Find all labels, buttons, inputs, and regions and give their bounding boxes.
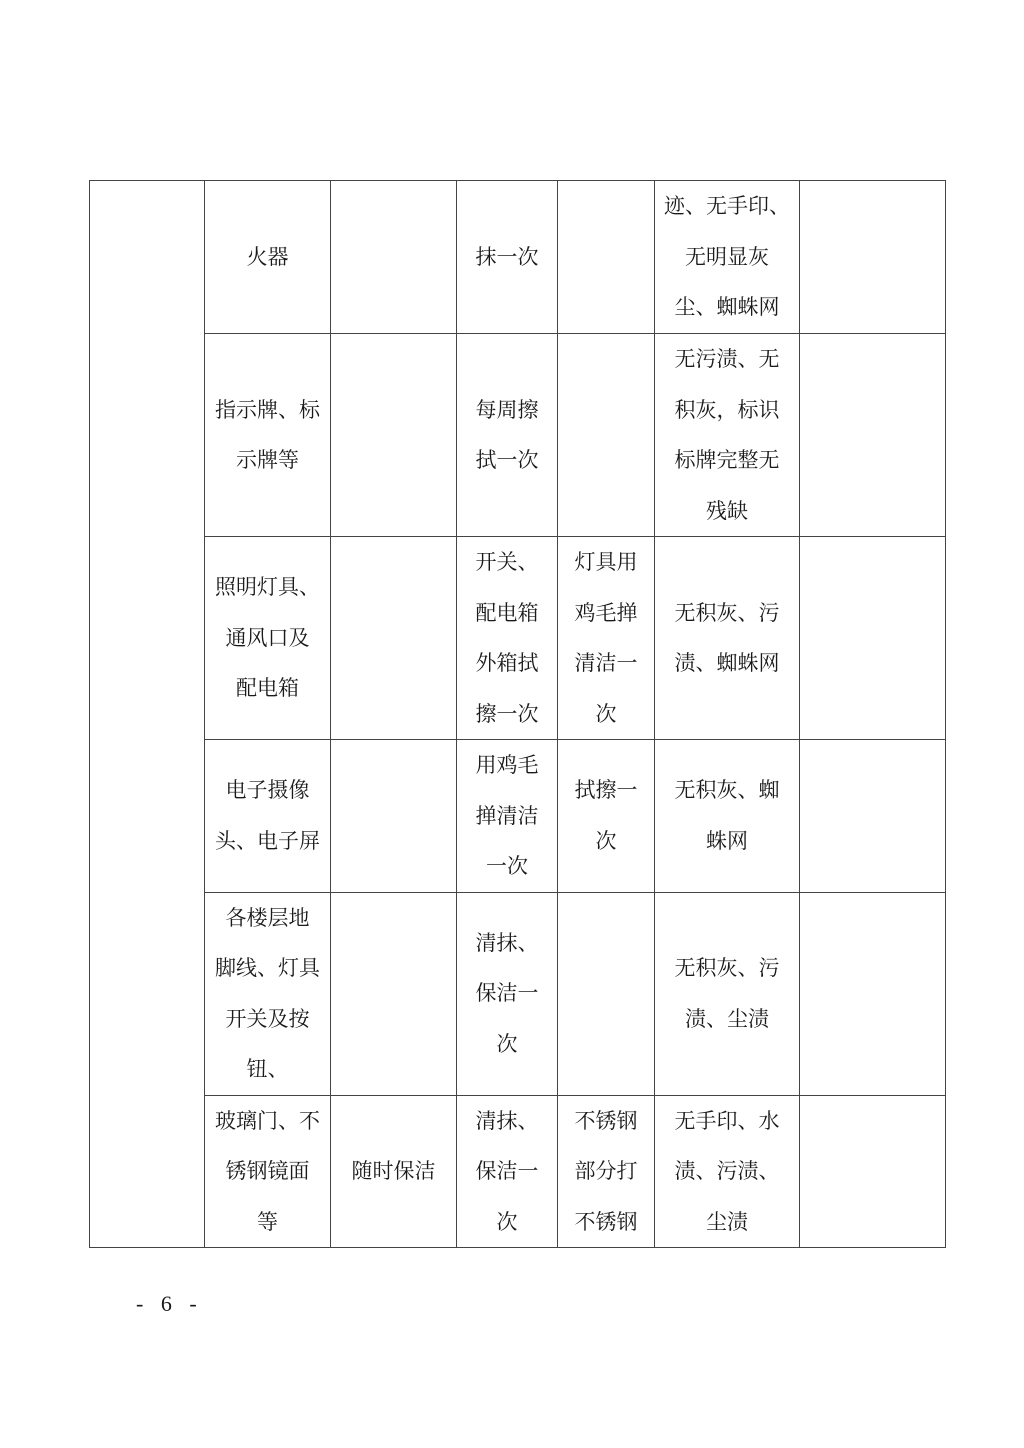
- extra-cell: 不锈钢 部分打 不锈钢: [558, 1095, 655, 1248]
- frequency-cell: [331, 740, 457, 893]
- method-cell: 清抹、 保洁一 次: [457, 1095, 558, 1248]
- page-number: - 6 -: [136, 1291, 203, 1317]
- item-cell: 火器: [205, 181, 331, 334]
- table-row: 玻璃门、不 锈钢镜面 等 随时保洁 清抹、 保洁一 次 不锈钢 部分打 不锈钢 …: [90, 1095, 946, 1248]
- table-row: 电子摄像 头、电子屏 用鸡毛 掸清洁 一次 拭擦一 次 无积灰、蜘 蛛网: [90, 740, 946, 893]
- method-cell: 开关、 配电箱 外箱拭 擦一次: [457, 537, 558, 740]
- standard-cell: 无积灰、污 渍、尘渍: [655, 892, 800, 1095]
- method-cell: 每周擦 拭一次: [457, 334, 558, 537]
- method-cell: 抹一次: [457, 181, 558, 334]
- category-cell: [90, 181, 205, 1248]
- frequency-cell: [331, 334, 457, 537]
- remark-cell: [800, 892, 946, 1095]
- table-row: 火器 抹一次 迹、无手印、 无明显灰 尘、蜘蛛网: [90, 181, 946, 334]
- standard-cell: 迹、无手印、 无明显灰 尘、蜘蛛网: [655, 181, 800, 334]
- item-cell: 照明灯具、 通风口及 配电箱: [205, 537, 331, 740]
- frequency-cell: [331, 537, 457, 740]
- item-cell: 指示牌、标 示牌等: [205, 334, 331, 537]
- table-row: 指示牌、标 示牌等 每周擦 拭一次 无污渍、无 积灰，标识 标牌完整无 残缺: [90, 334, 946, 537]
- standard-cell: 无积灰、污 渍、蜘蛛网: [655, 537, 800, 740]
- extra-cell: 灯具用 鸡毛掸 清洁一 次: [558, 537, 655, 740]
- remark-cell: [800, 740, 946, 893]
- frequency-cell: [331, 892, 457, 1095]
- frequency-cell: 随时保洁: [331, 1095, 457, 1248]
- standard-cell: 无污渍、无 积灰，标识 标牌完整无 残缺: [655, 334, 800, 537]
- remark-cell: [800, 537, 946, 740]
- standard-cell: 无积灰、蜘 蛛网: [655, 740, 800, 893]
- standard-cell: 无手印、水 渍、污渍、 尘渍: [655, 1095, 800, 1248]
- item-cell: 玻璃门、不 锈钢镜面 等: [205, 1095, 331, 1248]
- extra-cell: [558, 334, 655, 537]
- method-cell: 清抹、 保洁一 次: [457, 892, 558, 1095]
- method-cell: 用鸡毛 掸清洁 一次: [457, 740, 558, 893]
- extra-cell: [558, 181, 655, 334]
- table-row: 各楼层地 脚线、灯具 开关及按 钮、 清抹、 保洁一 次 无积灰、污 渍、尘渍: [90, 892, 946, 1095]
- cleaning-standards-table: 火器 抹一次 迹、无手印、 无明显灰 尘、蜘蛛网 指示牌、标 示牌等 每周擦: [89, 180, 946, 1248]
- item-cell: 各楼层地 脚线、灯具 开关及按 钮、: [205, 892, 331, 1095]
- extra-cell: [558, 892, 655, 1095]
- frequency-cell: [331, 181, 457, 334]
- remark-cell: [800, 1095, 946, 1248]
- remark-cell: [800, 334, 946, 537]
- extra-cell: 拭擦一 次: [558, 740, 655, 893]
- table-row: 照明灯具、 通风口及 配电箱 开关、 配电箱 外箱拭 擦一次 灯具用 鸡毛掸 清…: [90, 537, 946, 740]
- remark-cell: [800, 181, 946, 334]
- item-cell: 电子摄像 头、电子屏: [205, 740, 331, 893]
